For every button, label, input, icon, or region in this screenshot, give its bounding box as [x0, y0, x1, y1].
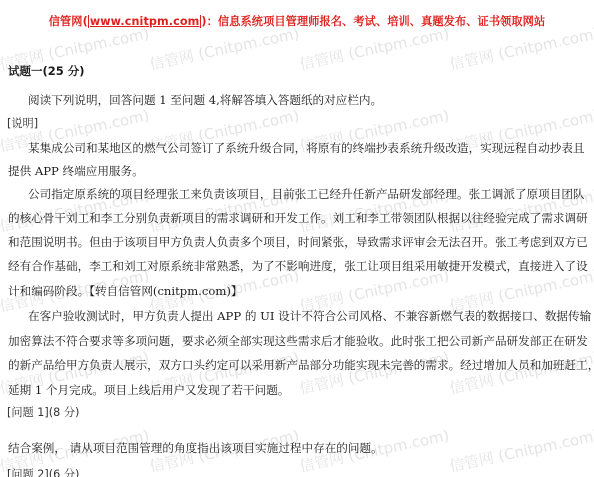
watermark: 信管网 (Cnitpm.com)	[447, 22, 594, 74]
paragraph-line: 的新产品给甲方负责人展示，双方口头约定可以采用新产品部分功能实现未完善的需求。经…	[8, 358, 594, 372]
watermark: 信管网 (Cnitpm.com)	[147, 22, 300, 74]
watermark: 信管网 (Cnitpm.com)	[297, 346, 450, 398]
paragraph-line: 的核心骨干刘工和李工分别负责新项目的需求调研和开发工作。刘工和李工带领团队根据以…	[8, 211, 588, 225]
question-2-label: [问题 2](6 分)	[7, 468, 79, 477]
paragraph-line: 公司指定原系统的项目经理张工来负责该项目，目前张工已经升任新产品研发部经理。张工…	[28, 187, 585, 201]
document-page: 信管网 (Cnitpm.com) 信管网 (Cnitpm.com) 信管网 (C…	[0, 0, 594, 477]
paragraph-line: 加密算法不符合要求等多项问题，要求必须全部实现这些需求后才能验收。此时张工把公司…	[8, 334, 588, 348]
watermark: 信管网 (Cnitpm.com)	[447, 346, 594, 398]
question-1-text: 结合案例， 请从项目范围管理的角度指出该项目实施过程中存在的问题。	[8, 441, 383, 455]
paragraph-line: 在客户验收测试时，甲方负责人提出 APP 的 UI 设计不符合公司风格、不兼容新…	[28, 309, 591, 323]
site-description: )：信息系统项目管理师报名、考试、培训、真题发布、证书领取网站	[201, 15, 545, 28]
site-link[interactable]: www.cnitpm.com	[88, 15, 202, 28]
paragraph-line: 和范围说明书。但由于该项目甲方负责人负责多个项目，时间紧张，导致需求评审会无法召…	[8, 235, 588, 249]
paragraph-line: 延期 1 个月完成。项目上线后用户又发现了若干问题。	[8, 383, 289, 397]
paragraph-line: 提供 APP 终端应用服务。	[8, 164, 144, 178]
paragraph-line: 计和编码阶段。【转自信管网(cnitpm.com)】	[8, 284, 242, 298]
exam-question-title: 试题一(25 分)	[8, 64, 85, 78]
site-name: 信管网	[49, 15, 83, 28]
question-1-label: [问题 1](8 分)	[7, 406, 79, 420]
section-label-description: [说明]	[7, 117, 38, 131]
paragraph-line: 某集成公司和某地区的燃气公司签订了系统升级合同，将原有的终端抄表系统升级改造，实…	[28, 141, 585, 155]
site-header-banner: 信管网(www.cnitpm.com)：信息系统项目管理师报名、考试、培训、真题…	[0, 13, 594, 29]
paragraph-line: 经有合作基础，李工和刘工对原系统非常熟悉，为了不影响进度，张工让项目组采用敏捷开…	[8, 259, 588, 273]
watermark: 信管网 (Cnitpm.com)	[447, 424, 594, 476]
watermark: 信管网 (Cnitpm.com)	[297, 22, 450, 74]
instruction-text: 阅读下列说明，回答问题 1 至问题 4,将解答填入答题纸的对应栏内。	[28, 93, 382, 107]
